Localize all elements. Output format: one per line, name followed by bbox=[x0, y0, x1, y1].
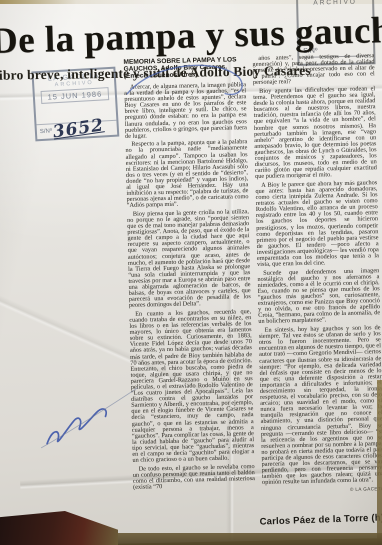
column-1: MEMORIA SOBRE LA PAMPA Y LOS GAUCHOS, Ad… bbox=[123, 56, 256, 525]
paragraph: En síntesis, hoy hay gauchos y son los d… bbox=[259, 325, 382, 486]
credit-line: © LA GACETA bbox=[262, 486, 382, 494]
background-edge bbox=[377, 380, 382, 545]
article-body: MEMORIA SOBRE LA PAMPA Y LOS GAUCHOS, Ad… bbox=[123, 53, 382, 525]
paragraph: A Bioy le parece que ahora hay más gauch… bbox=[255, 180, 379, 268]
paragraph: Acercar, de alguna manera, la imagen púb… bbox=[124, 82, 247, 140]
clipping-content: ARCHIVO S/Nº De la pampa y sus gauchos L… bbox=[0, 0, 382, 545]
paragraph: Respecto a la pampa, apunta que a la pal… bbox=[125, 139, 248, 209]
background-edge bbox=[0, 0, 382, 4]
handwritten-serial-number: 3652 bbox=[52, 115, 106, 142]
newspaper-clipping-photo: ARCHIVO S/Nº De la pampa y sus gauchos L… bbox=[0, 0, 382, 545]
handwritten-signature-scribble bbox=[36, 380, 148, 452]
column-2: años antes”, según testigos de diversa g… bbox=[252, 53, 382, 522]
gaceta-stamp-date: 15 JUN 1986 bbox=[41, 87, 110, 104]
paragraph: Bioy apunta las dificultades que rodean … bbox=[253, 86, 377, 180]
paragraph: En cuanto a los gauchos, recuerda que, c… bbox=[129, 309, 254, 464]
paragraph: De todo esto, el gaucho se le revelaba c… bbox=[133, 464, 256, 491]
paragraph: Bioy piensa que la gente criolla no la u… bbox=[127, 209, 251, 309]
paragraph: Sucede que defendemos una imagen nostálg… bbox=[257, 268, 380, 326]
